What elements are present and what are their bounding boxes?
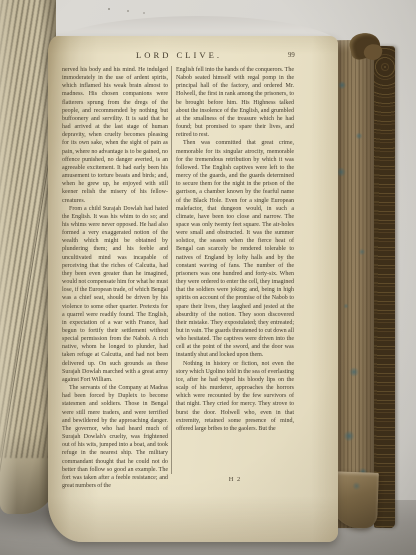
dust-specks [108, 8, 110, 10]
text-column-left: nerved his body and his mind. He indulge… [62, 66, 168, 490]
paragraph: nerved his body and his mind. He indulge… [62, 66, 168, 205]
signature-mark: H 2 [176, 476, 294, 483]
text-column-right: English fell into the hands of the conqu… [176, 66, 294, 433]
paragraph: Nothing in history or fiction, not even … [176, 360, 294, 433]
running-head: LORD CLIVE. [62, 50, 296, 60]
page-number: 99 [288, 52, 295, 59]
book-photo-scene: LORD CLIVE. 99 nerved his body and his m… [0, 0, 416, 555]
paragraph: The servants of the Company at Madras ha… [62, 384, 168, 490]
main-page: LORD CLIVE. 99 nerved his body and his m… [48, 36, 338, 542]
marbled-fore-edge [332, 40, 376, 528]
column-divider-rule [171, 66, 172, 474]
paragraph: English fell into the hands of the conqu… [176, 66, 294, 139]
binding-board-edge [374, 46, 395, 528]
paragraph: Then was committed that great crime, mem… [176, 139, 294, 359]
paragraph: From a child Surajah Dowlah had hated th… [62, 205, 168, 384]
